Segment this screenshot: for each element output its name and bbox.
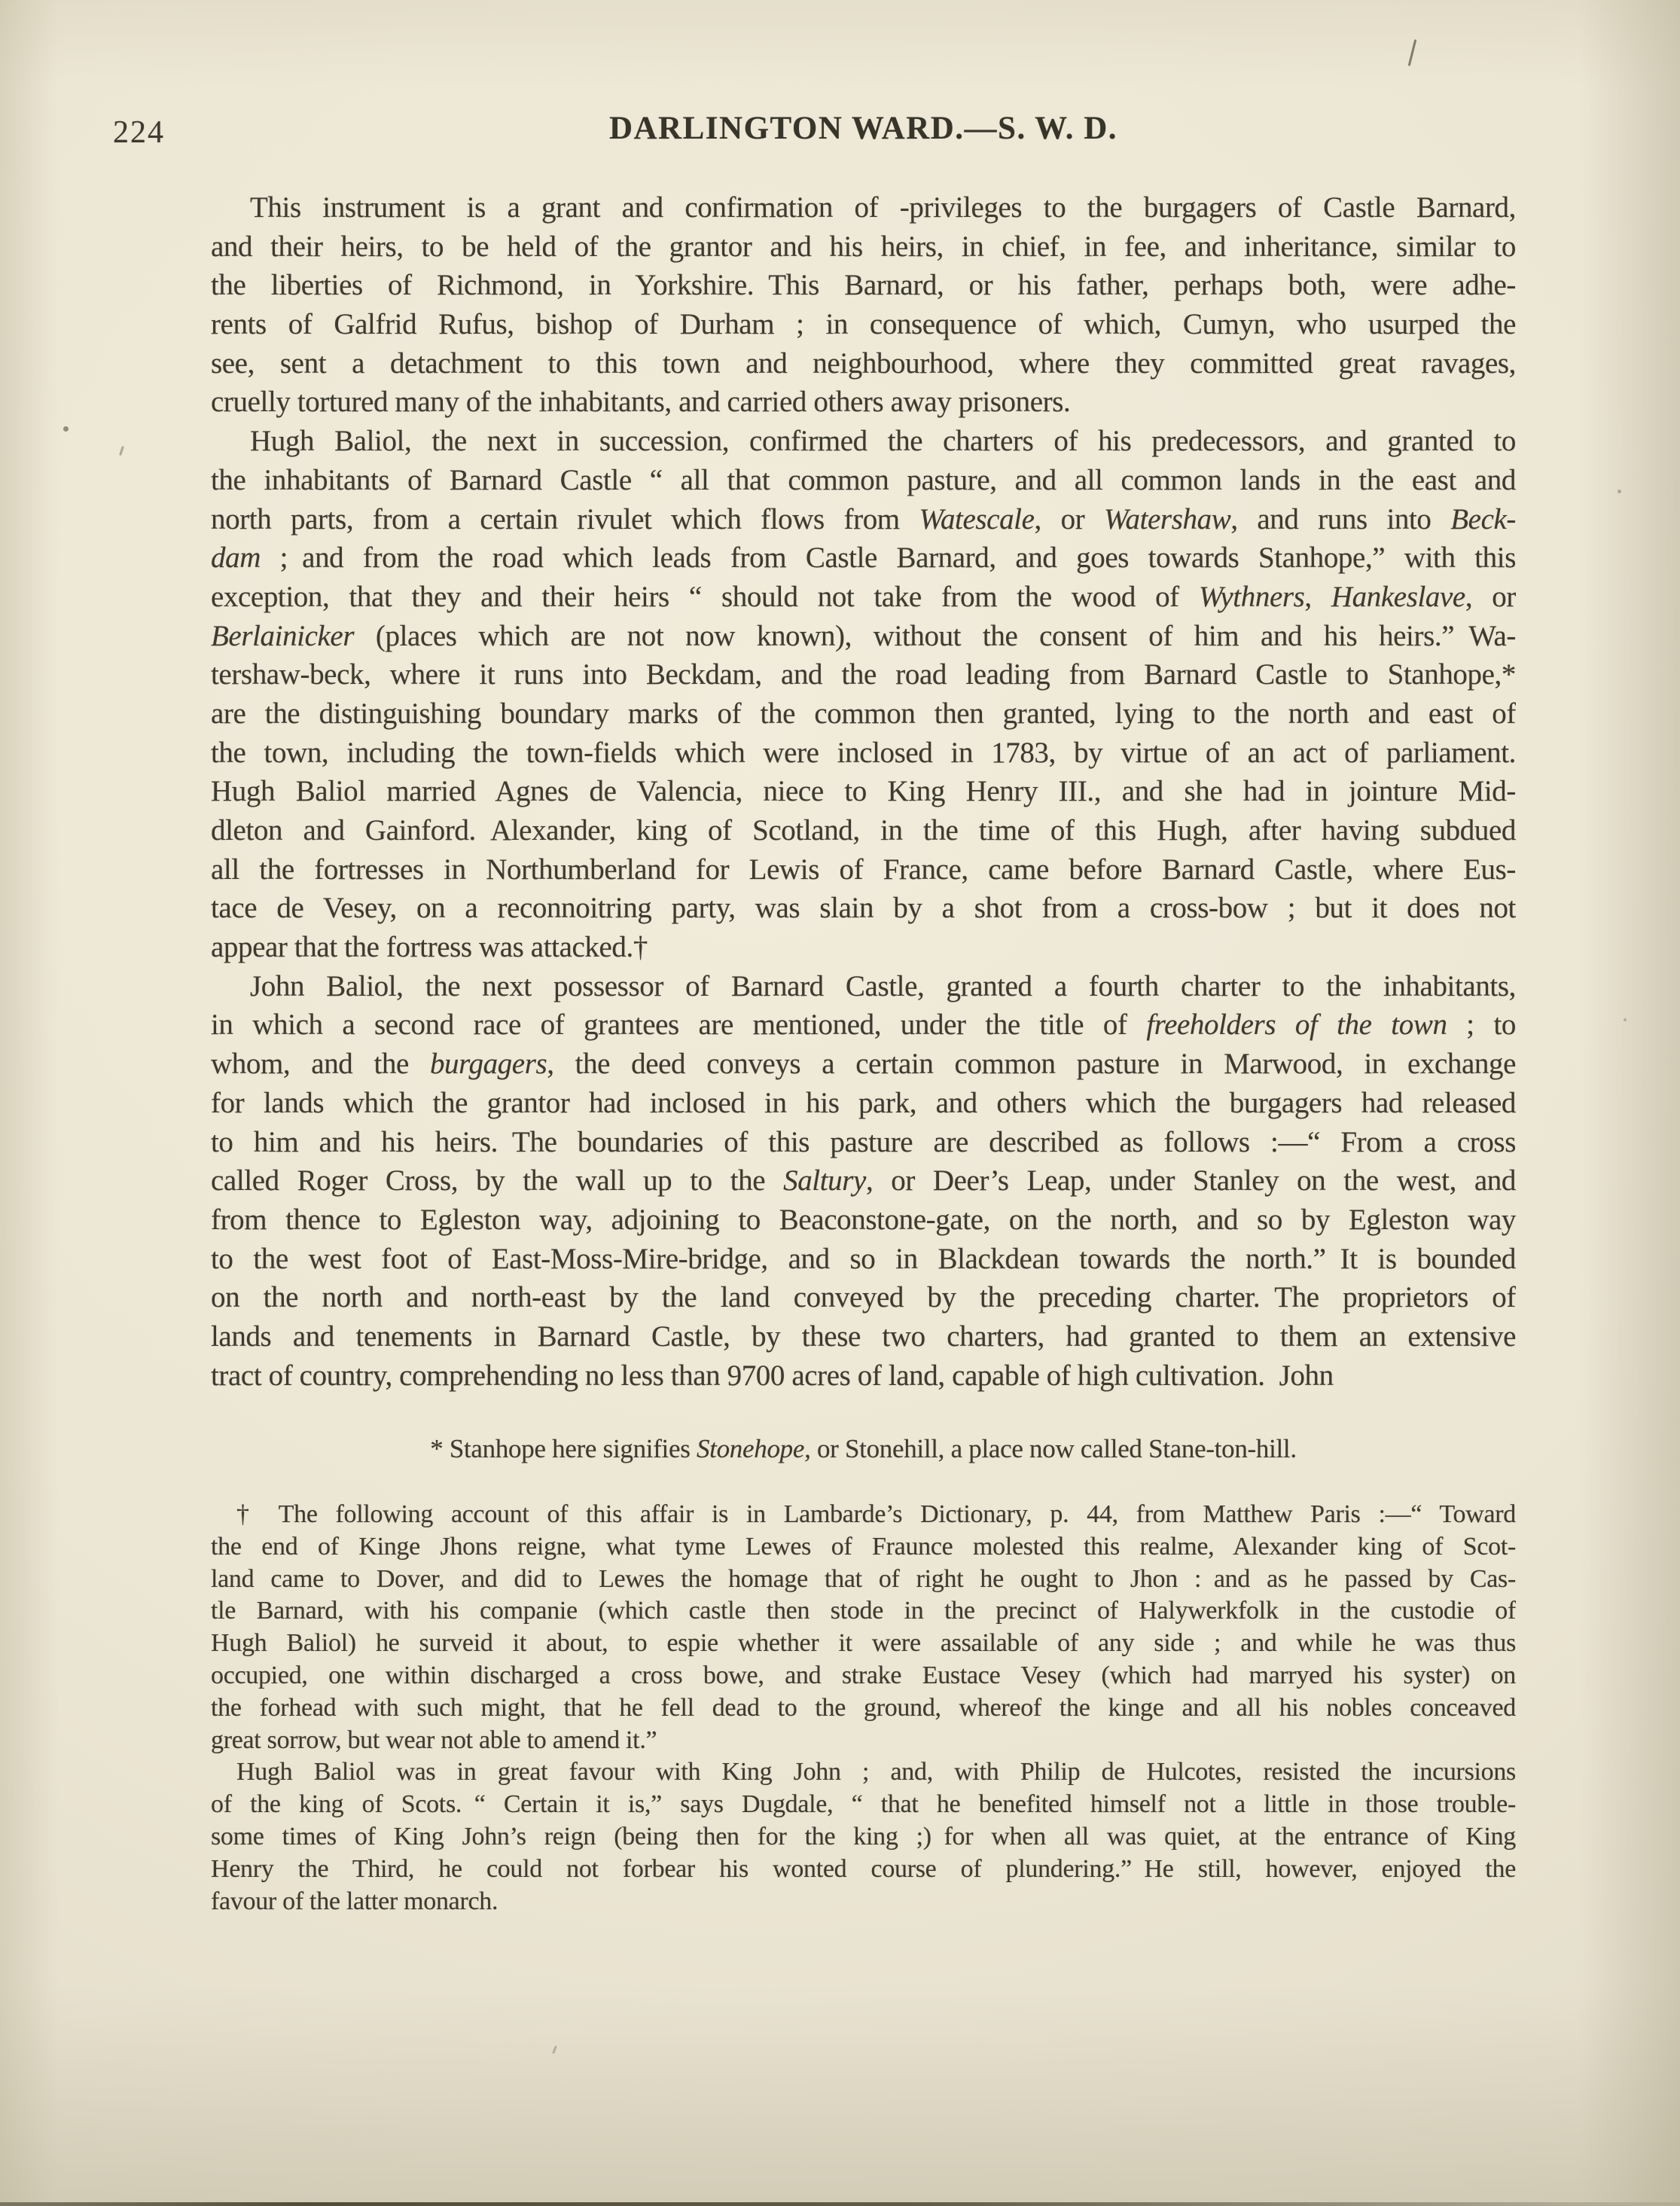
scan-artifact-speck	[552, 2046, 557, 2054]
text-line: north parts, from a certain rivulet whic…	[211, 500, 1516, 539]
text-line: all the fortresses in Northumberland for…	[211, 850, 1516, 889]
text-line: tle Barnard, with his companie (which ca…	[211, 1595, 1516, 1628]
text-segment: , or	[1465, 581, 1516, 613]
text-segment: from thence to Egleston way, adjoining t…	[211, 1204, 1516, 1236]
text-segment: lands and tenements in Barnard Castle, b…	[211, 1320, 1516, 1353]
text-segment: * Stanhope here signifies	[430, 1434, 697, 1463]
text-line: * Stanhope here signifies Stonehope, or …	[211, 1433, 1516, 1466]
text-segment: (places which are not now known), withou…	[354, 620, 1516, 652]
text-line: occupied, one within discharged a cross …	[211, 1660, 1516, 1692]
text-line: from thence to Egleston way, adjoining t…	[211, 1201, 1516, 1240]
text-segment: tershaw-beck, where it runs into Beckdam…	[211, 658, 1516, 691]
text-line: the end of Kinge Jhons reigne, what tyme…	[211, 1531, 1516, 1564]
text-segment: the town, including the town-fields whic…	[211, 737, 1516, 769]
text-segment: in which a second race of grantees are m…	[211, 1008, 1146, 1041]
text-line: for lands which the grantor had inclosed…	[211, 1084, 1516, 1123]
text-line: Henry the Third, he could not forbear hi…	[211, 1854, 1516, 1886]
text-line: cruelly tortured many of the inhabitants…	[211, 383, 1516, 422]
text-line: are the distinguishing boundary marks of…	[211, 694, 1516, 734]
text-line: John Baliol, the next possessor of Barna…	[211, 967, 1516, 1006]
text-segment: ,	[1304, 581, 1331, 613]
text-segment: John Baliol, the next possessor of Barna…	[250, 970, 1516, 1002]
text-line: appear that the fortress was attacked.†	[211, 928, 1516, 967]
paragraph: † The following account of this affair i…	[211, 1499, 1516, 1756]
text-line: the liberties of Richmond, in Yorkshire.…	[211, 266, 1516, 305]
text-segment: This instrument is a grant and confirmat…	[250, 191, 1516, 224]
text-line: † The following account of this affair i…	[211, 1499, 1516, 1531]
text-line: Berlainicker (places which are not now k…	[211, 617, 1516, 656]
footnote-dagger-block: † The following account of this affair i…	[211, 1499, 1516, 1918]
text-segment: to the west foot of East-Moss-Mire-bridg…	[211, 1243, 1516, 1275]
text-line: tace de Vesey, on a reconnoitring party,…	[211, 889, 1516, 928]
paragraph: John Baliol, the next possessor of Barna…	[211, 967, 1516, 1396]
scan-artifact-speck	[1617, 490, 1621, 493]
text-line: in which a second race of grantees are m…	[211, 1005, 1516, 1045]
text-line: dam ; and from the road which leads from…	[211, 539, 1516, 578]
text-line: and their heirs, to be held of the grant…	[211, 227, 1516, 267]
text-line: the forhead with such might, that he fel…	[211, 1692, 1516, 1725]
text-line: rents of Galfrid Rufus, bishop of Durham…	[211, 305, 1516, 344]
italic-text: Watescale	[919, 503, 1034, 535]
text-segment: tle Barnard, with his companie (which ca…	[211, 1597, 1516, 1625]
text-line: called Roger Cross, by the wall up to th…	[211, 1161, 1516, 1201]
text-line: of the king of Scots. “ Certain it is,” …	[211, 1789, 1516, 1821]
text-segment: occupied, one within discharged a cross …	[211, 1661, 1516, 1689]
text-segment: Hugh Baliol, the next in succession, con…	[250, 425, 1516, 457]
text-segment: or Stonehill, a place now called Stane-t…	[811, 1434, 1297, 1463]
text-segment: tract of country, comprehending no less …	[211, 1359, 1334, 1392]
text-line: Hugh Baliol married Agnes de Valencia, n…	[211, 772, 1516, 811]
text-segment: some times of King John’s reign (being t…	[211, 1823, 1516, 1851]
text-segment: cruelly tortured many of the inhabitants…	[211, 386, 1070, 418]
text-segment: Hugh Baliol) he surveid it about, to esp…	[211, 1629, 1516, 1657]
text-line: favour of the latter monarch.	[211, 1886, 1516, 1918]
text-line: see, sent a detachment to this town and …	[211, 344, 1516, 383]
text-segment: north parts, from a certain rivulet whic…	[211, 503, 919, 535]
text-segment: and their heirs, to be held of the grant…	[211, 230, 1516, 263]
text-line: great sorrow, but wear not able to amend…	[211, 1725, 1516, 1757]
text-segment: for lands which the grantor had inclosed…	[211, 1087, 1516, 1119]
scanned-book-page: 224 DARLINGTON WARD.—S. W. D. This instr…	[0, 0, 1680, 2206]
text-line: lands and tenements in Barnard Castle, b…	[211, 1317, 1516, 1356]
text-segment: great sorrow, but wear not able to amend…	[211, 1726, 657, 1754]
italic-text: Wythners	[1199, 581, 1305, 613]
text-segment: Henry the Third, he could not forbear hi…	[211, 1855, 1516, 1883]
italic-text: Beck-	[1450, 503, 1516, 535]
paragraph: Hugh Baliol was in great favour with Kin…	[211, 1756, 1516, 1918]
text-line: land came to Dover, and did to Lewes the…	[211, 1564, 1516, 1596]
text-segment: † The following account of this affair i…	[236, 1500, 1516, 1528]
text-segment: ; to	[1447, 1008, 1516, 1041]
text-segment: , or Deer’s Leap, under Stanley on the w…	[866, 1164, 1516, 1197]
text-line: This instrument is a grant and confirmat…	[211, 188, 1516, 227]
text-segment: rents of Galfrid Rufus, bishop of Durham…	[211, 308, 1516, 340]
text-line: to him and his heirs. The boundaries of …	[211, 1123, 1516, 1162]
text-segment: ; and from the road which leads from Cas…	[261, 542, 1516, 574]
italic-text: Hankeslave	[1331, 581, 1465, 613]
text-segment: land came to Dover, and did to Lewes the…	[211, 1565, 1516, 1593]
text-segment: whom, and the	[211, 1048, 430, 1080]
text-segment: , or	[1035, 503, 1104, 535]
text-line: Hugh Baliol was in great favour with Kin…	[211, 1756, 1516, 1789]
page-number: 224	[113, 114, 165, 151]
text-line: whom, and the burgagers, the deed convey…	[211, 1045, 1516, 1084]
text-segment: of the king of Scots. “ Certain it is,” …	[211, 1790, 1516, 1818]
paragraph: This instrument is a grant and confirmat…	[211, 188, 1516, 422]
text-segment: the forhead with such might, that he fel…	[211, 1694, 1516, 1722]
italic-text: freeholders of the town	[1146, 1008, 1447, 1041]
text-segment: see, sent a detachment to this town and …	[211, 347, 1516, 380]
text-line: exception, that they and their heirs “ s…	[211, 578, 1516, 617]
text-line: to the west foot of East-Moss-Mire-bridg…	[211, 1240, 1516, 1279]
scan-edge-shadow	[0, 2202, 1680, 2206]
italic-text: dam	[211, 542, 261, 574]
text-segment: on the north and north-east by the land …	[211, 1281, 1516, 1314]
text-segment: favour of the latter monarch.	[211, 1887, 498, 1915]
text-segment: called Roger Cross, by the wall up to th…	[211, 1164, 783, 1197]
paragraph: * Stanhope here signifies Stonehope, or …	[211, 1433, 1516, 1466]
text-segment: the end of Kinge Jhons reigne, what tyme…	[211, 1533, 1516, 1561]
text-segment: dleton and Gainford. Alexander, king of …	[211, 814, 1516, 847]
footnote-asterisk: * Stanhope here signifies Stonehope, or …	[211, 1433, 1516, 1466]
italic-text: Saltury	[783, 1164, 866, 1197]
scan-artifact-tick	[119, 446, 124, 456]
text-line: dleton and Gainford. Alexander, king of …	[211, 811, 1516, 850]
text-line: some times of King John’s reign (being t…	[211, 1821, 1516, 1854]
text-segment: to him and his heirs. The boundaries of …	[211, 1126, 1516, 1158]
text-line: Hugh Baliol) he surveid it about, to esp…	[211, 1628, 1516, 1660]
text-line: tershaw-beck, where it runs into Beckdam…	[211, 655, 1516, 694]
text-segment: exception, that they and their heirs “ s…	[211, 581, 1199, 613]
text-segment: the inhabitants of Barnard Castle “ all …	[211, 464, 1516, 496]
text-segment: , the deed conveys a certain common past…	[547, 1048, 1516, 1080]
text-line: on the north and north-east by the land …	[211, 1278, 1516, 1317]
italic-text: burgagers	[430, 1048, 547, 1080]
text-line: tract of country, comprehending no less …	[211, 1356, 1516, 1396]
italic-text: Watershaw	[1104, 503, 1230, 535]
italic-text: Stonehope,	[697, 1434, 811, 1463]
main-text: This instrument is a grant and confirmat…	[211, 188, 1516, 1395]
text-line: the inhabitants of Barnard Castle “ all …	[211, 461, 1516, 500]
italic-text: Berlainicker	[211, 620, 354, 652]
text-segment: tace de Vesey, on a reconnoitring party,…	[211, 892, 1516, 924]
text-segment: are the distinguishing boundary marks of…	[211, 697, 1516, 730]
text-segment: Hugh Baliol married Agnes de Valencia, n…	[211, 775, 1516, 807]
text-segment: , and runs into	[1230, 503, 1450, 535]
running-header: DARLINGTON WARD.—S. W. D.	[211, 110, 1516, 147]
text-line: Hugh Baliol, the next in succession, con…	[211, 422, 1516, 461]
text-segment: appear that the fortress was attacked.†	[211, 931, 648, 963]
scan-artifact-speck	[1624, 1018, 1627, 1021]
text-segment: the liberties of Richmond, in Yorkshire.…	[211, 269, 1516, 301]
paragraph: Hugh Baliol, the next in succession, con…	[211, 422, 1516, 967]
scan-artifact-dot	[63, 426, 69, 432]
text-segment: all the fortresses in Northumberland for…	[211, 853, 1516, 886]
scan-artifact-slash	[1408, 39, 1417, 66]
text-line: the town, including the town-fields whic…	[211, 734, 1516, 773]
text-segment: Hugh Baliol was in great favour with Kin…	[236, 1758, 1516, 1786]
